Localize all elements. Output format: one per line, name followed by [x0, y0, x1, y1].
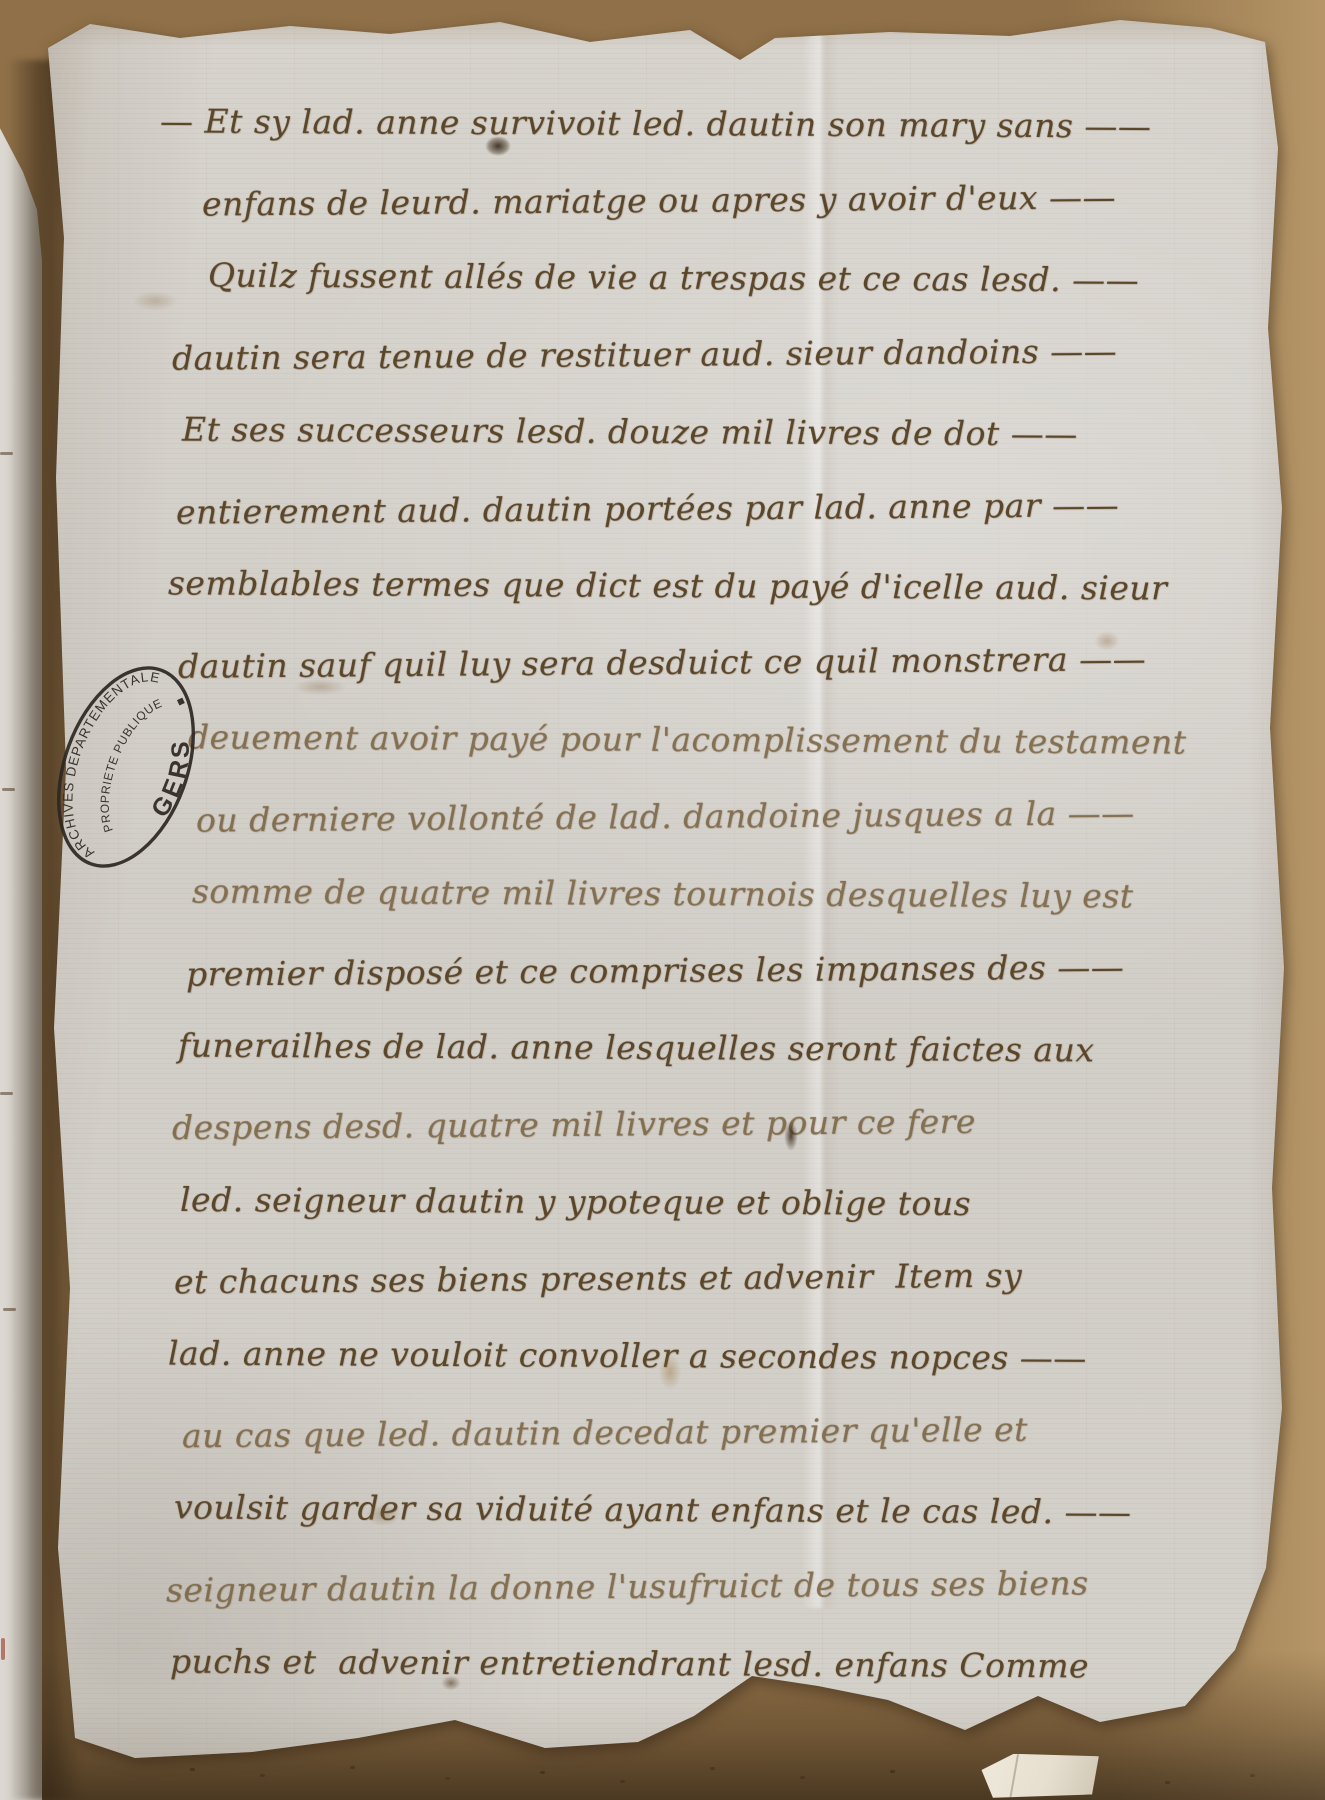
manuscript-line: puchs et advenir entretiendrant lesd. en… [170, 1642, 1089, 1686]
manuscript-line: entierement aud. dautin portées par lad.… [176, 485, 1119, 531]
manuscript-page: — Et sy lad. anne survivoit led. dautin … [30, 8, 1300, 1790]
manuscript-line: lad. anne ne vouloit convoller a seconde… [168, 1334, 1087, 1378]
svg-text:ARCHIVES DEPARTEMENTALES: ARCHIVES DEPARTEMENTALES [6, 642, 164, 886]
stamp-bottom-text: GERS [140, 728, 205, 824]
manuscript-line: dautin sauf quil luy sera desduict ce qu… [178, 639, 1146, 686]
manuscript-line: somme de quatre mil livres tournois desq… [192, 872, 1134, 916]
manuscript-line: voulsit garder sa viduité ayant enfans e… [174, 1487, 1132, 1531]
manuscript-line: funerailhes de lad. anne lesquelles sero… [178, 1026, 1095, 1070]
manuscript-line: despens desd. quatre mil livres et pour … [172, 1102, 976, 1147]
manuscript-line: deuement avoir payé pour l'acomplissemen… [188, 717, 1187, 761]
manuscript-page-wrap: — Et sy lad. anne survivoit led. dautin … [0, 0, 1325, 1800]
manuscript-line: Et ses successeurs lesd. douze mil livre… [182, 410, 1078, 454]
manuscript-line: seigneur dautin la donne l'usufruict de … [166, 1563, 1089, 1609]
svg-text:GERS: GERS [140, 728, 205, 824]
manuscript-line: semblables termes que dict est du payé d… [168, 563, 1168, 607]
manuscript-line: ou derniere vollonté de lad. dandoine ju… [196, 793, 1135, 839]
manuscript-line: enfans de leurd. mariatge ou apres y avo… [202, 177, 1116, 223]
manuscript-line: dautin sera tenue de restituer aud. sieu… [172, 331, 1117, 377]
stamp-arc-text: ARCHIVES DEPARTEMENTALES [6, 642, 164, 886]
paper-stain [125, 288, 185, 314]
manuscript-line: premier disposé et ce comprises les impa… [186, 947, 1125, 993]
manuscript-line: et chacuns ses biens presents et advenir… [174, 1256, 1022, 1302]
manuscript-line: — Et sy lad. anne survivoit led. dautin … [160, 101, 1152, 145]
photo-scene: — Et sy lad. anne survivoit led. dautin … [0, 0, 1325, 1800]
archives-departementales-gers-stamp: ARCHIVES DEPARTEMENTALES PROPRIETE PUBLI… [6, 642, 246, 892]
manuscript-line: Quilz fussent allés de vie a trespas et … [208, 256, 1139, 300]
manuscript-line: au cas que led. dautin decedat premier q… [182, 1410, 1028, 1456]
manuscript-line: led. seigneur dautin y ypoteque et oblig… [180, 1180, 971, 1223]
